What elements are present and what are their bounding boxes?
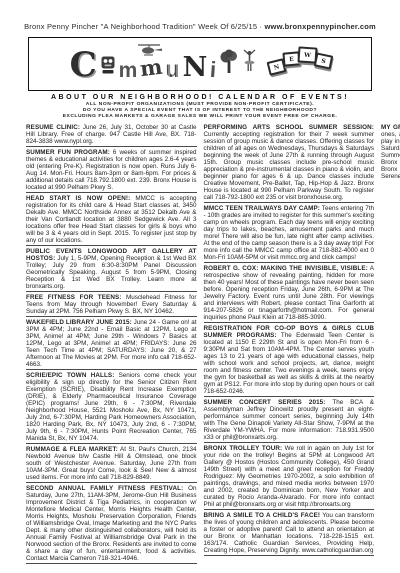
header-url: www.bronxpennypincher.com — [265, 22, 376, 31]
community-banner: C m m — [28, 37, 372, 91]
event-title: ROBERT G. COX: MAKING THE INVISIBLE, VIS… — [204, 265, 368, 272]
event-title: SECOND ANNUAL FAMILY FITNESS FESTIVAL: — [26, 485, 183, 492]
event-item: FREE FITNESS FOR TEENS: Musclehead Fitne… — [26, 294, 197, 317]
event-item: MMCC TEEN TRAILWAYS DAY CAMP: Teens ente… — [204, 205, 375, 263]
event-title: RESUME CLINIC: — [26, 124, 80, 131]
events-columns: RESUME CLINIC: June 26, July 31, October… — [0, 124, 400, 564]
community-wordmark: C m m — [70, 49, 258, 80]
event-body: The BCA & Assemblyman Jeffrey Dinowitz p… — [204, 399, 375, 441]
event-item: BRING A SMILE TO A CHILD'S FACE! You can… — [204, 512, 375, 556]
event-title: SUMMER FUN PROGRAM: — [26, 149, 110, 156]
letter-m: m — [139, 57, 163, 77]
letter-u: u — [166, 60, 180, 80]
event-title: PERFORMING ARTS SCHOOL SUMMER SESSION: — [204, 124, 375, 131]
news-letter: E — [289, 55, 294, 62]
event-title: MY GROWN-UP AND ME CLASSES. — [381, 124, 400, 131]
page-header: Bronx Penny Pincher "A Neighborhood Trad… — [0, 0, 400, 31]
event-body: We roll in again on July 1st for your ri… — [204, 445, 375, 508]
event-body: On Saturday, June 27th, 11AM-3PM, Jerome… — [26, 485, 197, 562]
subline-free-of-charge: EXCLUDING FLEA MARKETS & GARAGE SALES WE… — [0, 114, 400, 120]
news-letter: N — [273, 63, 280, 71]
event-item: SCRIE/EPIC TOWN HALLS: Seniors come chec… — [26, 372, 197, 444]
event-item: PUBLIC EVENTS LONGWOOD ART GALLERY AT HO… — [26, 248, 197, 292]
event-title: MMCC TEEN TRAILWAYS DAY CAMP: — [204, 205, 320, 212]
event-item: SUMMER CONCERT SERIES 2015: The BCA & As… — [204, 399, 375, 443]
event-title: RUMMAGE & FLEA MARKET: — [26, 446, 118, 453]
event-item: BRONX TROLLEY TOUR: We roll in again on … — [204, 445, 375, 510]
event-body: The Edenwald Teen Center is located at 1… — [204, 332, 375, 395]
event-body: A retrospective show of revealing painti… — [204, 265, 375, 321]
event-title: SUMMER CONCERT SERIES 2015: — [204, 399, 326, 406]
banner-sublines: ALL NON-PROFIT ORGANIZATIONS (MUST PROVI… — [0, 102, 400, 120]
event-title: BRING A SMILE TO A CHILD'S FACE! — [204, 512, 321, 519]
event-body: MMCC is accepting registration for its c… — [26, 195, 197, 244]
event-item: HEAD START IS NOW OPEN!: MMCC is accepti… — [26, 195, 197, 246]
ballerina-letter-y-icon — [242, 49, 257, 80]
letter-m: m — [119, 62, 138, 80]
event-body: Parents & their little ones, ages 18 mon… — [381, 124, 400, 180]
newspaper-page: Bronx Penny Pincher "A Neighborhood Trad… — [0, 0, 400, 573]
event-item: MY GROWN-UP AND ME CLASSES. Parents & th… — [381, 124, 400, 181]
event-title: HEAD START IS NOW OPEN!: — [26, 195, 130, 202]
letter-n: N — [183, 57, 208, 80]
event-item: SECOND ANNUAL FAMILY FITNESS FESTIVAL: O… — [26, 485, 197, 564]
event-item: RUMMAGE & FLEA MARKET: At St. Paul's Chu… — [26, 446, 197, 483]
event-body: Teens entering 7th - 10th grades are inv… — [204, 205, 375, 261]
event-body: You can transform the lives of young chi… — [204, 512, 375, 554]
event-item: WAKEFIELD LIBRARY JUNE 2015: June 24 - G… — [26, 319, 197, 370]
letter-c: C — [70, 51, 97, 80]
event-body: June 24 - Game on! at 3PM & 4PM; June 22… — [26, 319, 197, 368]
robot-letter-o-icon — [100, 55, 116, 80]
event-item: PERFORMING ARTS SCHOOL SUMMER SESSION: C… — [204, 124, 375, 203]
event-title: SCRIE/EPIC TOWN HALLS: — [26, 372, 114, 379]
event-item: REGISTRATION FOR CO-OP BOYS & GIRLS CLUB… — [204, 325, 375, 397]
event-title: FREE FITNESS FOR TEENS: — [26, 294, 121, 301]
news-laptops-icon: N E W S — [268, 46, 330, 82]
event-body: 6 weeks of summer inspired themes & educ… — [26, 149, 197, 191]
event-item: ROBERT G. COX: MAKING THE INVISIBLE, VIS… — [204, 265, 375, 323]
header-text: Bronx Penny Pincher "A Neighborhood Trad… — [24, 22, 264, 31]
banner-tagline: ABOUT OUR NEIGHBORHOOD! CALENDAR OF EVEN… — [28, 94, 372, 101]
letter-i: i — [210, 61, 217, 80]
helicopter-letter-m: m — [140, 59, 162, 80]
event-item: SUMMER FUN PROGRAM: 6 weeks of summer in… — [26, 149, 197, 193]
news-laptop: S — [314, 52, 334, 69]
event-body: Currently accepting registration for the… — [204, 131, 375, 201]
event-title: WAKEFIELD LIBRARY JUNE 2015: — [26, 319, 132, 326]
event-title: BRONX TROLLEY TOUR: — [204, 445, 283, 452]
news-letter: W — [304, 51, 311, 58]
news-letter: S — [321, 57, 327, 65]
event-body: Seniors come check your eligibility & si… — [26, 372, 197, 442]
tree-letter-t-icon — [219, 49, 239, 80]
event-item: RESUME CLINIC: June 26, July 31, October… — [26, 124, 197, 147]
